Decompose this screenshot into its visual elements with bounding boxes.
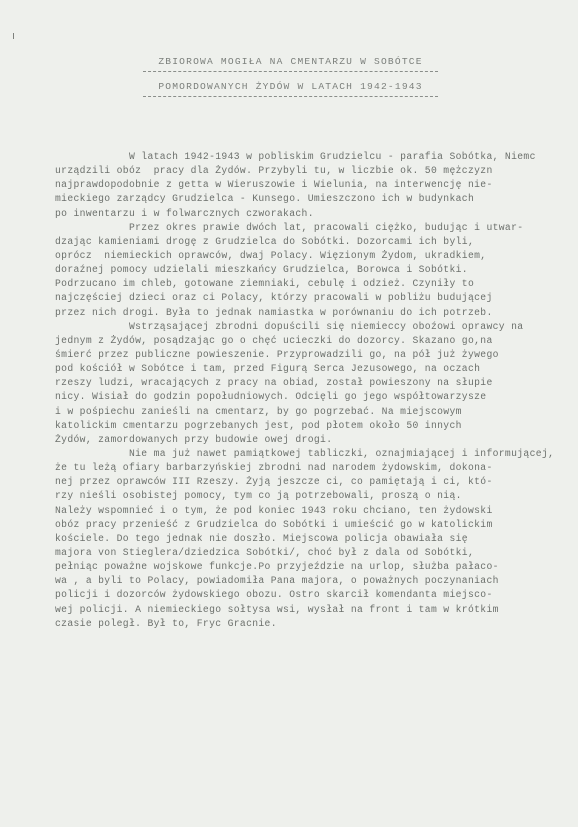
text-line: po inwentarzu i w folwarcznych czworakac… xyxy=(55,207,575,221)
text-line: pełniąc poważne wojskowe funkcje.Po przy… xyxy=(55,560,575,574)
text-line: mieckiego zarządcy Grudzielca - Kunsego.… xyxy=(55,192,575,206)
text-line: nej przez oprawców III Rzeszy. Żyją jesz… xyxy=(55,475,575,489)
text-line: W latach 1942-1943 w pobliskim Grudzielc… xyxy=(55,150,575,164)
text-line: Należy wspomnieć i o tym, że pod koniec … xyxy=(55,504,575,518)
text-line: doraźnej pomocy udzielali mieszkańcy Gru… xyxy=(55,263,575,277)
title-line-2: POMORDOWANYCH ŻYDÓW W LATACH 1942-1943 xyxy=(143,81,438,93)
text-line: i w pośpiechu zanieśli na cmentarz, by g… xyxy=(55,405,575,419)
page-margin-mark xyxy=(13,33,14,39)
text-line: jednym z Żydów, posądzając go o chęć uci… xyxy=(55,334,575,348)
text-line: rzeszy ludzi, wracających z pracy na obi… xyxy=(55,376,575,390)
text-line: przez nich drogi. Była to jednak namiast… xyxy=(55,306,575,320)
text-line: Podrzucano im chleb, gotowane ziemniaki,… xyxy=(55,277,575,291)
text-line: dzając kamieniami drogę z Grudzielca do … xyxy=(55,235,575,249)
text-line: kościele. Do tego jednak nie doszło. Mie… xyxy=(55,532,575,546)
title-line-1: ZBIOROWA MOGIŁA NA CMENTARZU W SOBÓTCE xyxy=(143,56,438,68)
document-body: W latach 1942-1943 w pobliskim Grudzielc… xyxy=(55,150,575,631)
text-line: urządzili obóz pracy dla Żydów. Przybyli… xyxy=(55,164,575,178)
text-line: katolickim cmentarzu pogrzebanych jest, … xyxy=(55,419,575,433)
text-line: wej policji. A niemieckiego sołtysa wsi,… xyxy=(55,603,575,617)
text-line: obóz pracy przenieść z Grudzielca do Sob… xyxy=(55,518,575,532)
text-line: że tu leżą ofiary barbarzyńskiej zbrodni… xyxy=(55,461,575,475)
text-line: śmierć przez publiczne powieszenie. Przy… xyxy=(55,348,575,362)
text-line: policji i dozorców żydowskiego obozu. Os… xyxy=(55,588,575,602)
text-line: pod kościół w Sobótce i tam, przed Figur… xyxy=(55,362,575,376)
text-line: najczęściej dzieci oraz ci Polacy, którz… xyxy=(55,291,575,305)
text-line: Żydów, zamordowanych przy budowie owej d… xyxy=(55,433,575,447)
document-title: ZBIOROWA MOGIŁA NA CMENTARZU W SOBÓTCE P… xyxy=(143,56,438,106)
text-line: nicy. Wisiał do godzin popołudniowych. O… xyxy=(55,390,575,404)
text-line: majora von Stieglera/dziedzica Sobótki/,… xyxy=(55,546,575,560)
text-line: Nie ma już nawet pamiątkowej tabliczki, … xyxy=(55,447,575,461)
title-underline-2 xyxy=(143,96,438,97)
text-line: najprawdopodobnie z getta w Wieruszowie … xyxy=(55,178,575,192)
text-line: Przez okres prawie dwóch lat, pracowali … xyxy=(55,221,575,235)
text-line: czasie poległ. Był to, Fryc Gracnie. xyxy=(55,617,575,631)
text-line: rzy nieśli osobistej pomocy, tym co ją p… xyxy=(55,489,575,503)
text-line: oprócz niemieckich oprawców, dwaj Polacy… xyxy=(55,249,575,263)
title-underline-1 xyxy=(143,71,438,72)
text-line: Wstrząsającej zbrodni dopuścili się niem… xyxy=(55,320,575,334)
text-line: wa , a byli to Polacy, powiadomiła Pana … xyxy=(55,574,575,588)
